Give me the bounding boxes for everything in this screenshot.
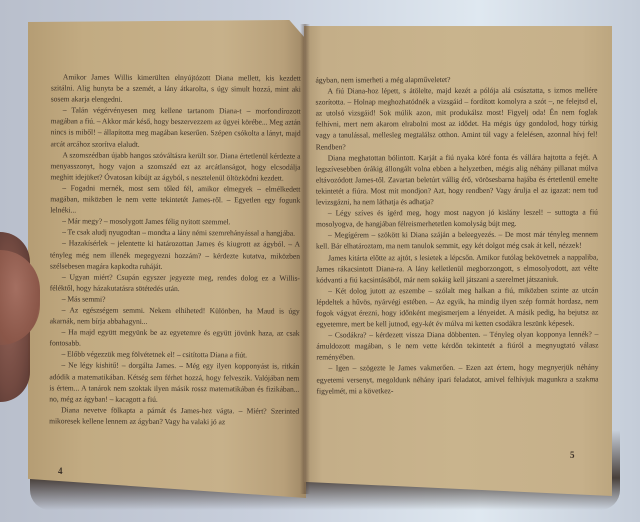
paragraph: Amikor James Willis kimerülten elnyújtóz…	[51, 71, 301, 106]
paragraph: – Igen – szögezte le James vakmerően. – …	[316, 362, 598, 396]
paragraph: – Megígérem – szökött ki Diana száján a …	[316, 229, 598, 252]
paragraph: – Talán végérvényesen meg kellene tartan…	[51, 105, 301, 151]
paragraph: – Két dolog jutott az eszembe – szólalt …	[316, 284, 598, 329]
paragraph: – Fogadni mernék, most sem tőled fél, am…	[50, 182, 300, 217]
left-page-text: Amikor James Willis kimerülten elnyújtóz…	[49, 71, 301, 427]
paragraph: – Ugyan miért? Csupán egyszer jegyezte m…	[50, 271, 300, 294]
paragraph: – Hazakísérlek – jelentette ki határozot…	[50, 238, 300, 273]
paragraph: – Légy szíves és ígérd meg, hogy most na…	[316, 207, 598, 230]
page-number-left: 4	[58, 466, 63, 476]
right-page: ágyban, nem ismerheti a még alapművelete…	[304, 26, 612, 496]
paragraph: Diana meghatottan bólintott. Karját a fi…	[316, 151, 598, 207]
paragraph: Diana nevetve fölkapta a párnát és James…	[49, 404, 299, 427]
paragraph: A fiú Diana-hoz lépett, s átölelte, majd…	[315, 85, 597, 153]
left-page: Amikor James Willis kimerülten elnyújtóz…	[28, 20, 306, 498]
paragraph: A szomszédban újabb hangos szóváltásra k…	[50, 149, 300, 184]
book-spine-gutter	[300, 24, 310, 494]
paragraph: – Az egészségem semmi. Nekem elhiheted! …	[50, 304, 300, 327]
paragraph: James kitárta előtte az ajtót, s lesiete…	[316, 251, 598, 285]
page-number-right: 5	[570, 450, 575, 460]
paragraph: – Ha majd együtt megyünk be az egyetemre…	[49, 327, 299, 350]
paragraph: – Csodákra? – kérdezett vissza Diana döb…	[316, 329, 598, 363]
paragraph: – Ne légy kishitű! – dorgálta James. – M…	[49, 360, 299, 406]
right-page-text: ágyban, nem ismerheti a még alapművelete…	[315, 74, 598, 397]
